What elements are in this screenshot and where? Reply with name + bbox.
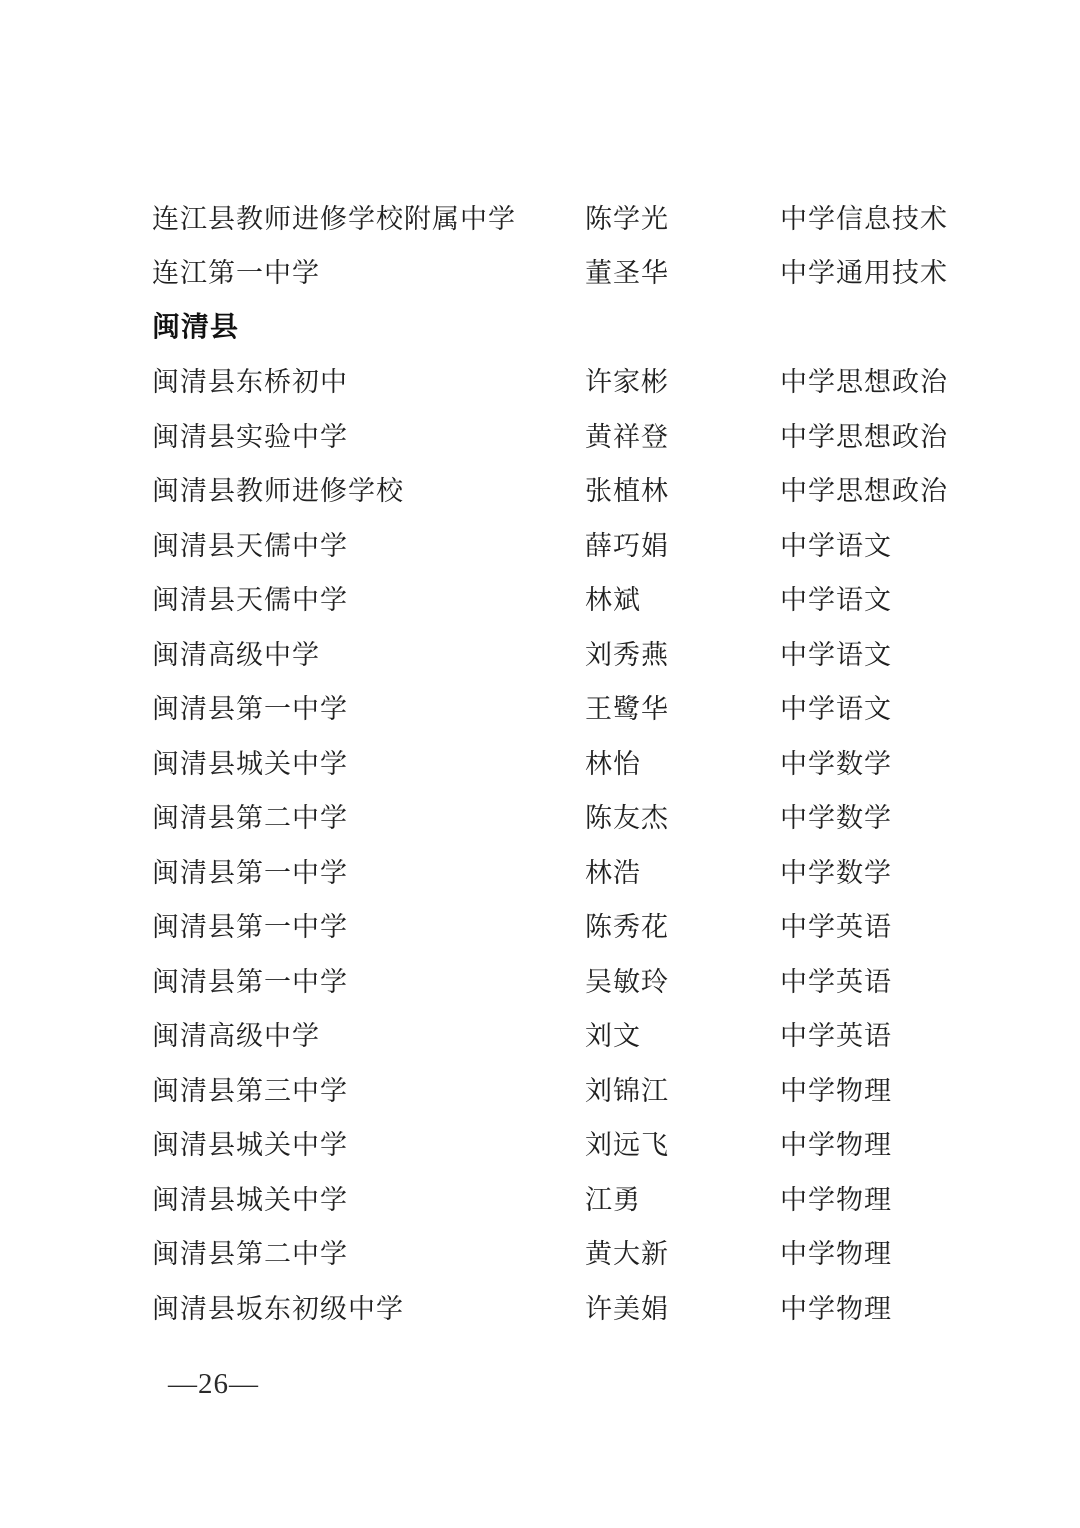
subject-cell: 中学数学 bbox=[780, 851, 1020, 890]
subject-cell: 中学物理 bbox=[780, 1178, 1020, 1217]
teacher-name-cell: 王鹭华 bbox=[585, 687, 780, 726]
teacher-name-cell: 陈秀花 bbox=[585, 905, 780, 944]
teacher-list: 连江县教师进修学校附属中学 陈学光 中学信息技术 连江第一中学 董圣华 中学通用… bbox=[152, 189, 1020, 1334]
table-row: 闽清县城关中学 江勇 中学物理 bbox=[152, 1170, 1020, 1225]
table-row: 闽清县第一中学 陈秀花 中学英语 bbox=[152, 898, 1020, 953]
subject-cell: 中学物理 bbox=[780, 1287, 1020, 1326]
school-cell: 闽清县城关中学 bbox=[152, 1178, 585, 1217]
subject-cell: 中学数学 bbox=[780, 796, 1020, 835]
teacher-name-cell: 林浩 bbox=[585, 851, 780, 890]
teacher-name-cell: 许家彬 bbox=[585, 360, 780, 399]
teacher-name-cell: 陈学光 bbox=[585, 197, 780, 236]
subject-cell: 中学思想政治 bbox=[780, 469, 1020, 508]
teacher-name-cell: 许美娟 bbox=[585, 1287, 780, 1326]
school-cell: 闽清县第一中学 bbox=[152, 905, 585, 944]
table-row: 闽清县坂东初级中学 许美娟 中学物理 bbox=[152, 1279, 1020, 1334]
teacher-name-cell: 黄祥登 bbox=[585, 415, 780, 454]
school-cell: 闽清高级中学 bbox=[152, 633, 585, 672]
subject-cell: 中学英语 bbox=[780, 905, 1020, 944]
teacher-name-cell: 刘锦江 bbox=[585, 1069, 780, 1108]
subject-cell: 中学语文 bbox=[780, 578, 1020, 617]
table-row: 闽清县第二中学 陈友杰 中学数学 bbox=[152, 789, 1020, 844]
subject-cell: 中学物理 bbox=[780, 1123, 1020, 1162]
table-row: 闽清县东桥初中 许家彬 中学思想政治 bbox=[152, 353, 1020, 408]
teacher-name-cell: 吴敏玲 bbox=[585, 960, 780, 999]
school-cell: 连江第一中学 bbox=[152, 251, 585, 290]
table-row: 闽清县第三中学 刘锦江 中学物理 bbox=[152, 1061, 1020, 1116]
table-row: 闽清县城关中学 刘远飞 中学物理 bbox=[152, 1116, 1020, 1171]
table-row: 闽清县天儒中学 林斌 中学语文 bbox=[152, 571, 1020, 626]
section-label: 闽清县 bbox=[152, 305, 239, 345]
table-row: 闽清县第一中学 吴敏玲 中学英语 bbox=[152, 952, 1020, 1007]
subject-cell: 中学通用技术 bbox=[780, 251, 1020, 290]
school-cell: 连江县教师进修学校附属中学 bbox=[152, 197, 585, 236]
teacher-name-cell: 刘文 bbox=[585, 1014, 780, 1053]
subject-cell: 中学英语 bbox=[780, 1014, 1020, 1053]
table-row: 闽清县实验中学 黄祥登 中学思想政治 bbox=[152, 407, 1020, 462]
table-row: 闽清高级中学 刘文 中学英语 bbox=[152, 1007, 1020, 1062]
subject-cell: 中学语文 bbox=[780, 633, 1020, 672]
school-cell: 闽清县东桥初中 bbox=[152, 360, 585, 399]
table-row: 闽清县天儒中学 薛巧娟 中学语文 bbox=[152, 516, 1020, 571]
school-cell: 闽清县第一中学 bbox=[152, 960, 585, 999]
school-cell: 闽清县第一中学 bbox=[152, 687, 585, 726]
table-row: 闽清县第一中学 林浩 中学数学 bbox=[152, 843, 1020, 898]
school-cell: 闽清县天儒中学 bbox=[152, 578, 585, 617]
section-header-row: 闽清县 bbox=[152, 298, 1020, 353]
page-number: —26— bbox=[168, 1368, 259, 1401]
subject-cell: 中学语文 bbox=[780, 524, 1020, 563]
subject-cell: 中学信息技术 bbox=[780, 197, 1020, 236]
subject-cell: 中学英语 bbox=[780, 960, 1020, 999]
school-cell: 闽清县教师进修学校 bbox=[152, 469, 585, 508]
teacher-name-cell: 刘远飞 bbox=[585, 1123, 780, 1162]
school-cell: 闽清县城关中学 bbox=[152, 742, 585, 781]
subject-cell: 中学思想政治 bbox=[780, 415, 1020, 454]
subject-cell: 中学物理 bbox=[780, 1069, 1020, 1108]
table-row: 闽清县第一中学 王鹭华 中学语文 bbox=[152, 680, 1020, 735]
teacher-name-cell: 黄大新 bbox=[585, 1232, 780, 1271]
document-page: 连江县教师进修学校附属中学 陈学光 中学信息技术 连江第一中学 董圣华 中学通用… bbox=[0, 0, 1080, 1528]
subject-cell: 中学思想政治 bbox=[780, 360, 1020, 399]
school-cell: 闽清县第二中学 bbox=[152, 796, 585, 835]
school-cell: 闽清县天儒中学 bbox=[152, 524, 585, 563]
school-cell: 闽清县第一中学 bbox=[152, 851, 585, 890]
school-cell: 闽清县第三中学 bbox=[152, 1069, 585, 1108]
table-row: 闽清高级中学 刘秀燕 中学语文 bbox=[152, 625, 1020, 680]
table-row: 连江县教师进修学校附属中学 陈学光 中学信息技术 bbox=[152, 189, 1020, 244]
school-cell: 闽清县坂东初级中学 bbox=[152, 1287, 585, 1326]
table-row: 连江第一中学 董圣华 中学通用技术 bbox=[152, 244, 1020, 299]
school-cell: 闽清县实验中学 bbox=[152, 415, 585, 454]
teacher-name-cell: 董圣华 bbox=[585, 251, 780, 290]
subject-cell: 中学语文 bbox=[780, 687, 1020, 726]
school-cell: 闽清高级中学 bbox=[152, 1014, 585, 1053]
teacher-name-cell: 江勇 bbox=[585, 1178, 780, 1217]
school-cell: 闽清县城关中学 bbox=[152, 1123, 585, 1162]
teacher-name-cell: 薛巧娟 bbox=[585, 524, 780, 563]
teacher-name-cell: 陈友杰 bbox=[585, 796, 780, 835]
teacher-name-cell: 刘秀燕 bbox=[585, 633, 780, 672]
table-row: 闽清县第二中学 黄大新 中学物理 bbox=[152, 1225, 1020, 1280]
school-cell: 闽清县第二中学 bbox=[152, 1232, 585, 1271]
table-row: 闽清县城关中学 林怡 中学数学 bbox=[152, 734, 1020, 789]
teacher-name-cell: 林斌 bbox=[585, 578, 780, 617]
subject-cell: 中学物理 bbox=[780, 1232, 1020, 1271]
teacher-name-cell: 张植林 bbox=[585, 469, 780, 508]
table-row: 闽清县教师进修学校 张植林 中学思想政治 bbox=[152, 462, 1020, 517]
teacher-name-cell: 林怡 bbox=[585, 742, 780, 781]
subject-cell: 中学数学 bbox=[780, 742, 1020, 781]
